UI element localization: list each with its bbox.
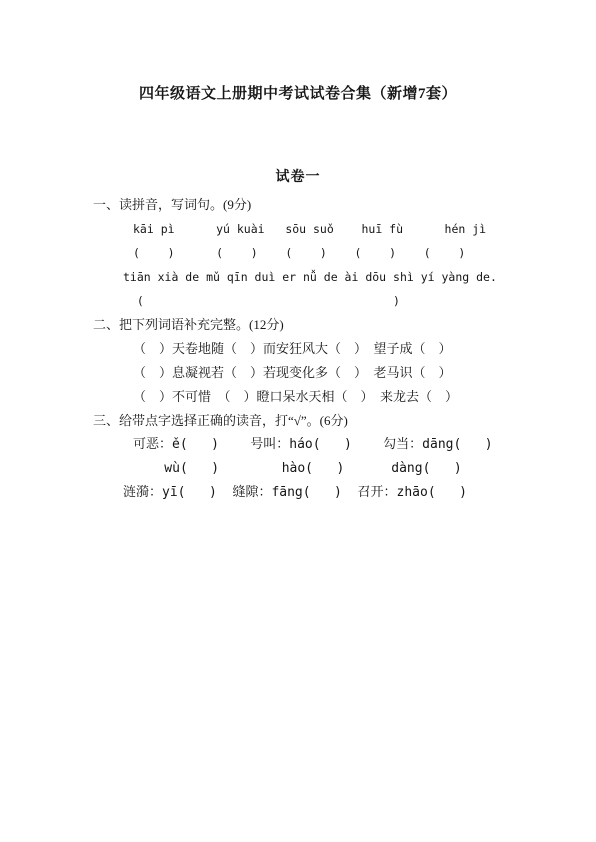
section3-heading: 三、给带点字选择正确的读音，打“√”。(6分) (93, 409, 596, 433)
pronunciation-row-3: 涟漪：yī( ) 缝隙：fāng( ) 召开：zhāo( ) (123, 481, 596, 505)
pinyin-sentence: tiān xià de mǔ qīn duì er nǚ de ài dōu s… (123, 265, 596, 289)
section1-heading: 一、读拼音，写词句。(9分) (93, 193, 596, 217)
idiom-row-3: （ ）不可惜 （ ）瞪口呆水天相（ ） 来龙去（ ） (133, 385, 596, 409)
idiom-row-2: （ ）息凝视若（ ）若现变化多（ ） 老马识（ ） (133, 361, 596, 385)
exam-body: 一、读拼音，写词句。(9分) kāi pì yú kuài sōu suǒ hu… (0, 193, 596, 505)
section2-heading: 二、把下列词语补充完整。(12分) (93, 313, 596, 337)
pinyin-word-row: kāi pì yú kuài sōu suǒ huī fù hén jì (133, 217, 596, 241)
answer-blank-row: ( ) ( ) ( ) ( ) ( ) (133, 241, 596, 265)
sentence-answer-blank: ( ) (123, 289, 596, 313)
idiom-row-1: （ ）天卷地随（ ）而安狂风大（ ） 望子成（ ） (133, 337, 596, 361)
pronunciation-row-1: 可恶：ě( ) 号叫：háo( ) 勾当：dāng( ) (133, 433, 596, 457)
pronunciation-row-2: wù( ) hào( ) dàng( ) (133, 457, 596, 481)
exam-document-page: 四年级语文上册期中考试试卷合集（新增7套） 试卷一 一、读拼音，写词句。(9分)… (0, 0, 596, 842)
exam-paper-subtitle: 试卷一 (0, 166, 596, 186)
document-title: 四年级语文上册期中考试试卷合集（新增7套） (0, 0, 596, 103)
